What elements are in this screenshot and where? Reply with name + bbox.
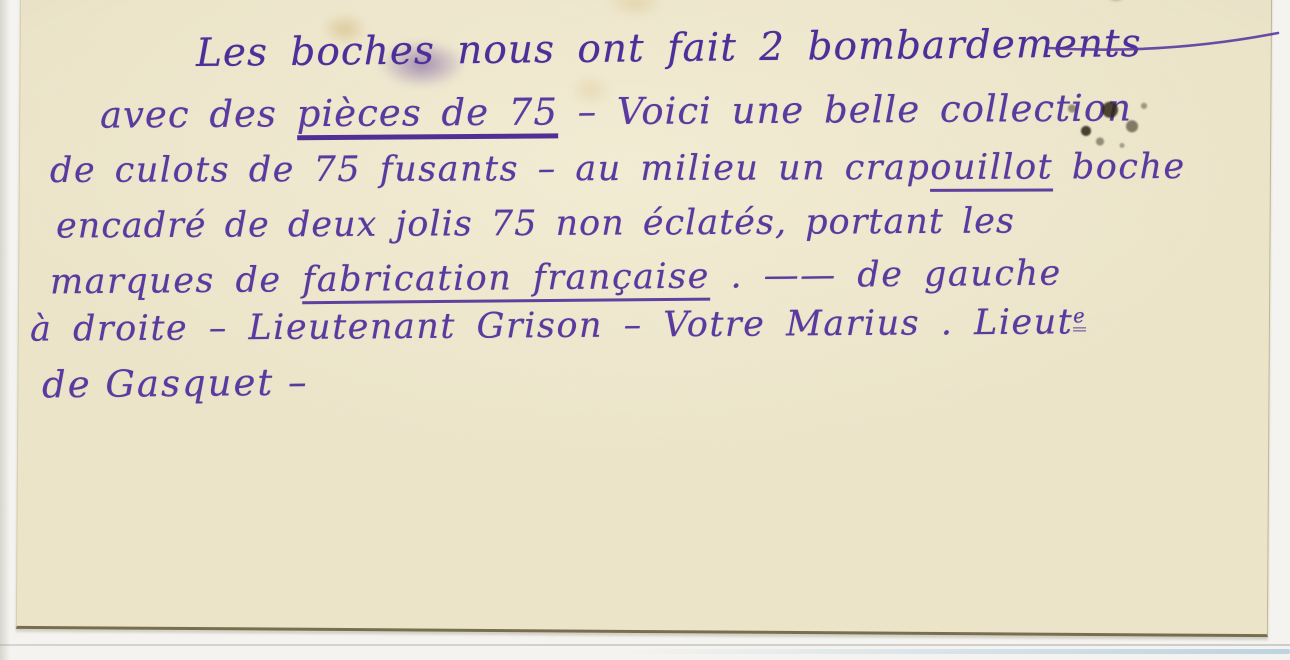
- handwriting-segment: encadré de deux jolis 75 non éclatés, po…: [56, 201, 1015, 246]
- handwriting-line-5: marques de fabrication française . —— de…: [50, 254, 1062, 303]
- handwriting-segment-underlined: pièces de 75: [297, 90, 559, 140]
- handwriting-segment: Les boches nous ont fait 2 bombardements: [196, 21, 1142, 76]
- handwriting-superscript: e: [1073, 305, 1086, 332]
- handwriting-segment: de Gasquet –: [42, 361, 309, 407]
- handwriting-line-6: à droite – Lieutenant Grison – Votre Mar…: [30, 302, 1086, 349]
- handwriting-line-3: de culots de 75 fusants – au milieu un c…: [50, 147, 1186, 191]
- handwriting-line-2: avec des pièces de 75 – Voici une belle …: [100, 86, 1132, 136]
- handwriting-segment: . —— de gauche: [710, 254, 1062, 297]
- handwriting-segment-underlined: ouillot: [930, 147, 1053, 191]
- handwriting-segment: – Voici une belle collection: [558, 86, 1132, 133]
- handwriting-segment: marques de: [50, 260, 303, 302]
- handwriting-line-1: Les boches nous ont fait 2 bombardements: [196, 21, 1142, 76]
- ink-blot: [1056, 90, 1156, 156]
- handwriting-segment-underlined: fabrication française: [302, 257, 710, 305]
- handwriting-segment: de culots de 75 fusants – au milieu un c…: [50, 148, 930, 191]
- handwriting-line-7: de Gasquet –: [42, 361, 309, 407]
- handwriting-line-4: encadré de deux jolis 75 non éclatés, po…: [56, 201, 1015, 246]
- pen-flourish-stroke: [1044, 28, 1284, 58]
- handwriting-segment: à droite – Lieutenant Grison – Votre Mar…: [30, 302, 1074, 349]
- handwriting-segment: avec des: [100, 92, 297, 136]
